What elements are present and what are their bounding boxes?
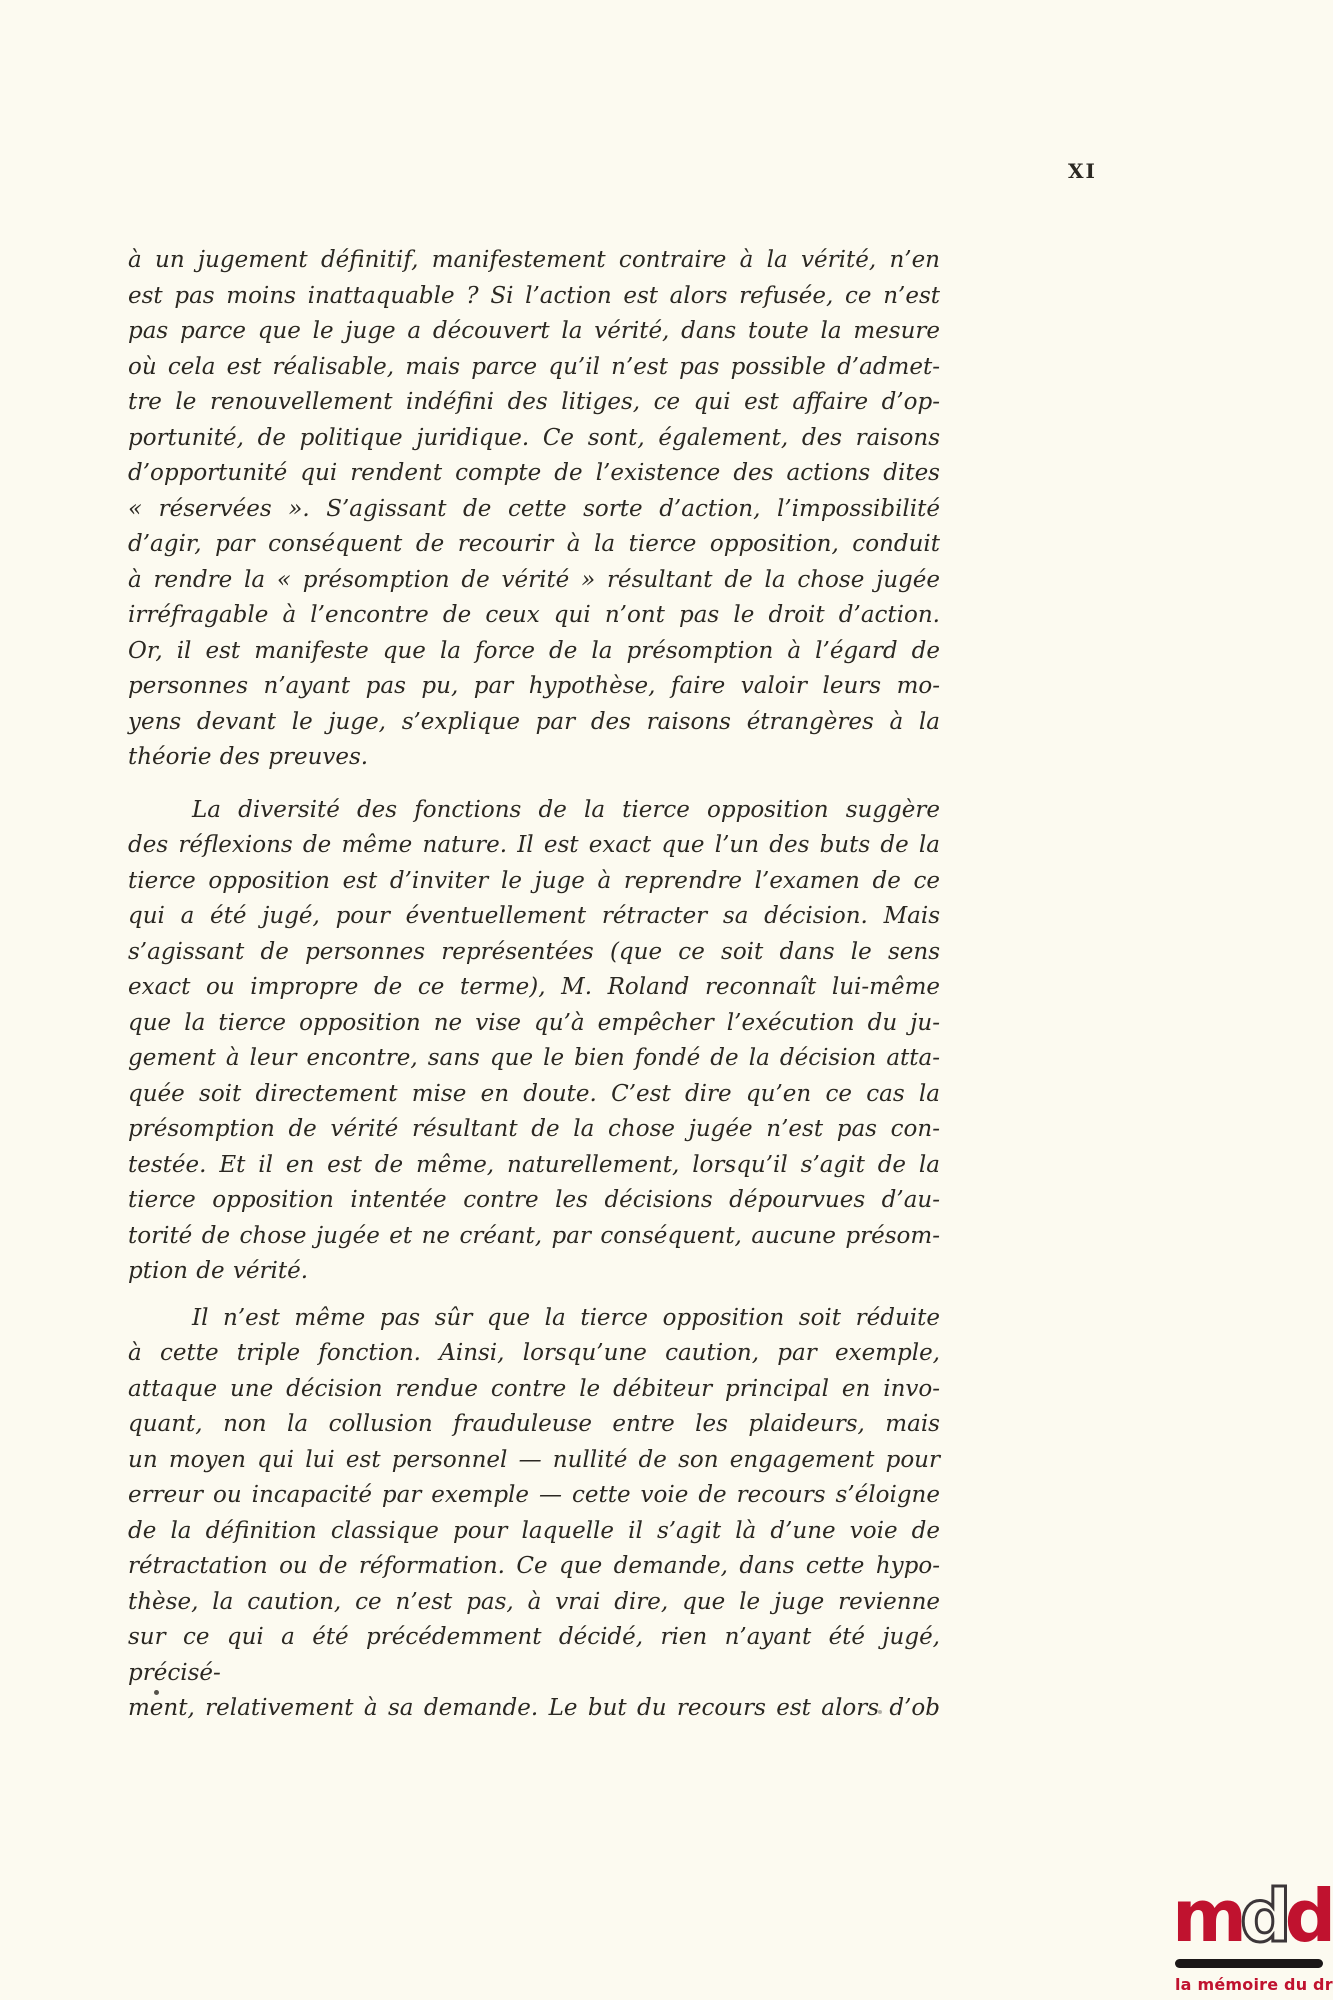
text-line: testée. Et il en est de même, naturellem… — [128, 1148, 940, 1184]
logo-underline-bar — [1175, 1959, 1323, 1968]
logo-word: mdd — [1172, 1876, 1333, 1958]
text-line: où cela est réalisable, mais parce qu’il… — [128, 350, 940, 386]
scan-speck — [878, 1710, 882, 1714]
logo-letter-m: m — [1172, 1874, 1240, 1958]
text-line: tre le renouvellement indéfini des litig… — [128, 385, 940, 421]
mdd-logo: mdd la mémoire du droit — [1172, 1876, 1333, 1994]
paragraph: Il n’est même pas sûr que la tierce oppo… — [128, 1301, 940, 1727]
text-line: personnes n’ayant pas pu, par hypothèse,… — [128, 669, 940, 705]
paragraph: La diversité des fonctions de la tierce … — [128, 793, 940, 1290]
text-line: Or, il est manifeste que la force de la … — [128, 634, 940, 670]
text-line: est pas moins inattaquable ? Si l’action… — [128, 279, 940, 315]
text-line: thèse, la caution, ce n’est pas, à vrai … — [128, 1585, 940, 1621]
paragraph: à un jugement définitif, manifestement c… — [128, 243, 940, 776]
text-line: qui a été jugé, pour éventuellement rétr… — [128, 899, 940, 935]
text-line: s’agissant de personnes représentées (qu… — [128, 935, 940, 971]
text-line: ment, relativement à sa demande. Le but … — [128, 1691, 940, 1727]
text-line: gement à leur encontre, sans que le bien… — [128, 1041, 940, 1077]
text-line: « réservées ». S’agissant de cette sorte… — [128, 492, 940, 528]
text-line: tierce opposition est d’inviter le juge … — [128, 864, 940, 900]
text-line: portunité, de politique juridique. Ce so… — [128, 421, 940, 457]
logo-tagline: la mémoire du droit — [1175, 1975, 1333, 1994]
text-line: des réflexions de même nature. Il est ex… — [128, 828, 940, 864]
text-line: quant, non la collusion frauduleuse entr… — [128, 1407, 940, 1443]
text-line: d’agir, par conséquent de recourir à la … — [128, 527, 940, 563]
text-line: rétractation ou de réformation. Ce que d… — [128, 1549, 940, 1585]
text-line: torité de chose jugée et ne créant, par … — [128, 1219, 940, 1255]
text-line: d’opportunité qui rendent compte de l’ex… — [128, 456, 940, 492]
text-line: exact ou impropre de ce terme), M. Rolan… — [128, 970, 940, 1006]
text-line: un moyen qui lui est personnel — nullité… — [128, 1443, 940, 1479]
page-number: XI — [1068, 159, 1097, 183]
text-line: erreur ou incapacité par exemple — cette… — [128, 1478, 940, 1514]
text-line: présomption de vérité résultant de la ch… — [128, 1112, 940, 1148]
text-line: yens devant le juge, s’explique par des … — [128, 705, 940, 741]
text-line: à un jugement définitif, manifestement c… — [128, 243, 940, 279]
text-line: sur ce qui a été précédemment décidé, ri… — [128, 1620, 940, 1691]
text-line: attaque une décision rendue contre le dé… — [128, 1372, 940, 1408]
text-line: de la définition classique pour laquelle… — [128, 1514, 940, 1550]
text-line: ption de vérité. — [128, 1254, 940, 1290]
text-line: quée soit directement mise en doute. C’e… — [128, 1077, 940, 1113]
logo-letter-d: d — [1240, 1874, 1285, 1958]
text-line: à cette triple fonction. Ainsi, lorsqu’u… — [128, 1336, 940, 1372]
scanned-book-page: XI à un jugement définitif, manifestemen… — [0, 0, 1333, 2000]
text-line: théorie des preuves. — [128, 740, 940, 776]
text-line: tierce opposition intentée contre les dé… — [128, 1183, 940, 1219]
logo-letter-d: d — [1285, 1874, 1330, 1958]
text-line: pas parce que le juge a découvert la vér… — [128, 314, 940, 350]
text-line: à rendre la « présomption de vérité » ré… — [128, 563, 940, 599]
text-line: Il n’est même pas sûr que la tierce oppo… — [128, 1301, 940, 1337]
text-line: La diversité des fonctions de la tierce … — [128, 793, 940, 829]
text-block: à un jugement définitif, manifestement c… — [128, 243, 940, 1727]
scan-speck — [154, 1690, 159, 1695]
text-line: irréfragable à l’encontre de ceux qui n’… — [128, 598, 940, 634]
text-line: que la tierce opposition ne vise qu’à em… — [128, 1006, 940, 1042]
